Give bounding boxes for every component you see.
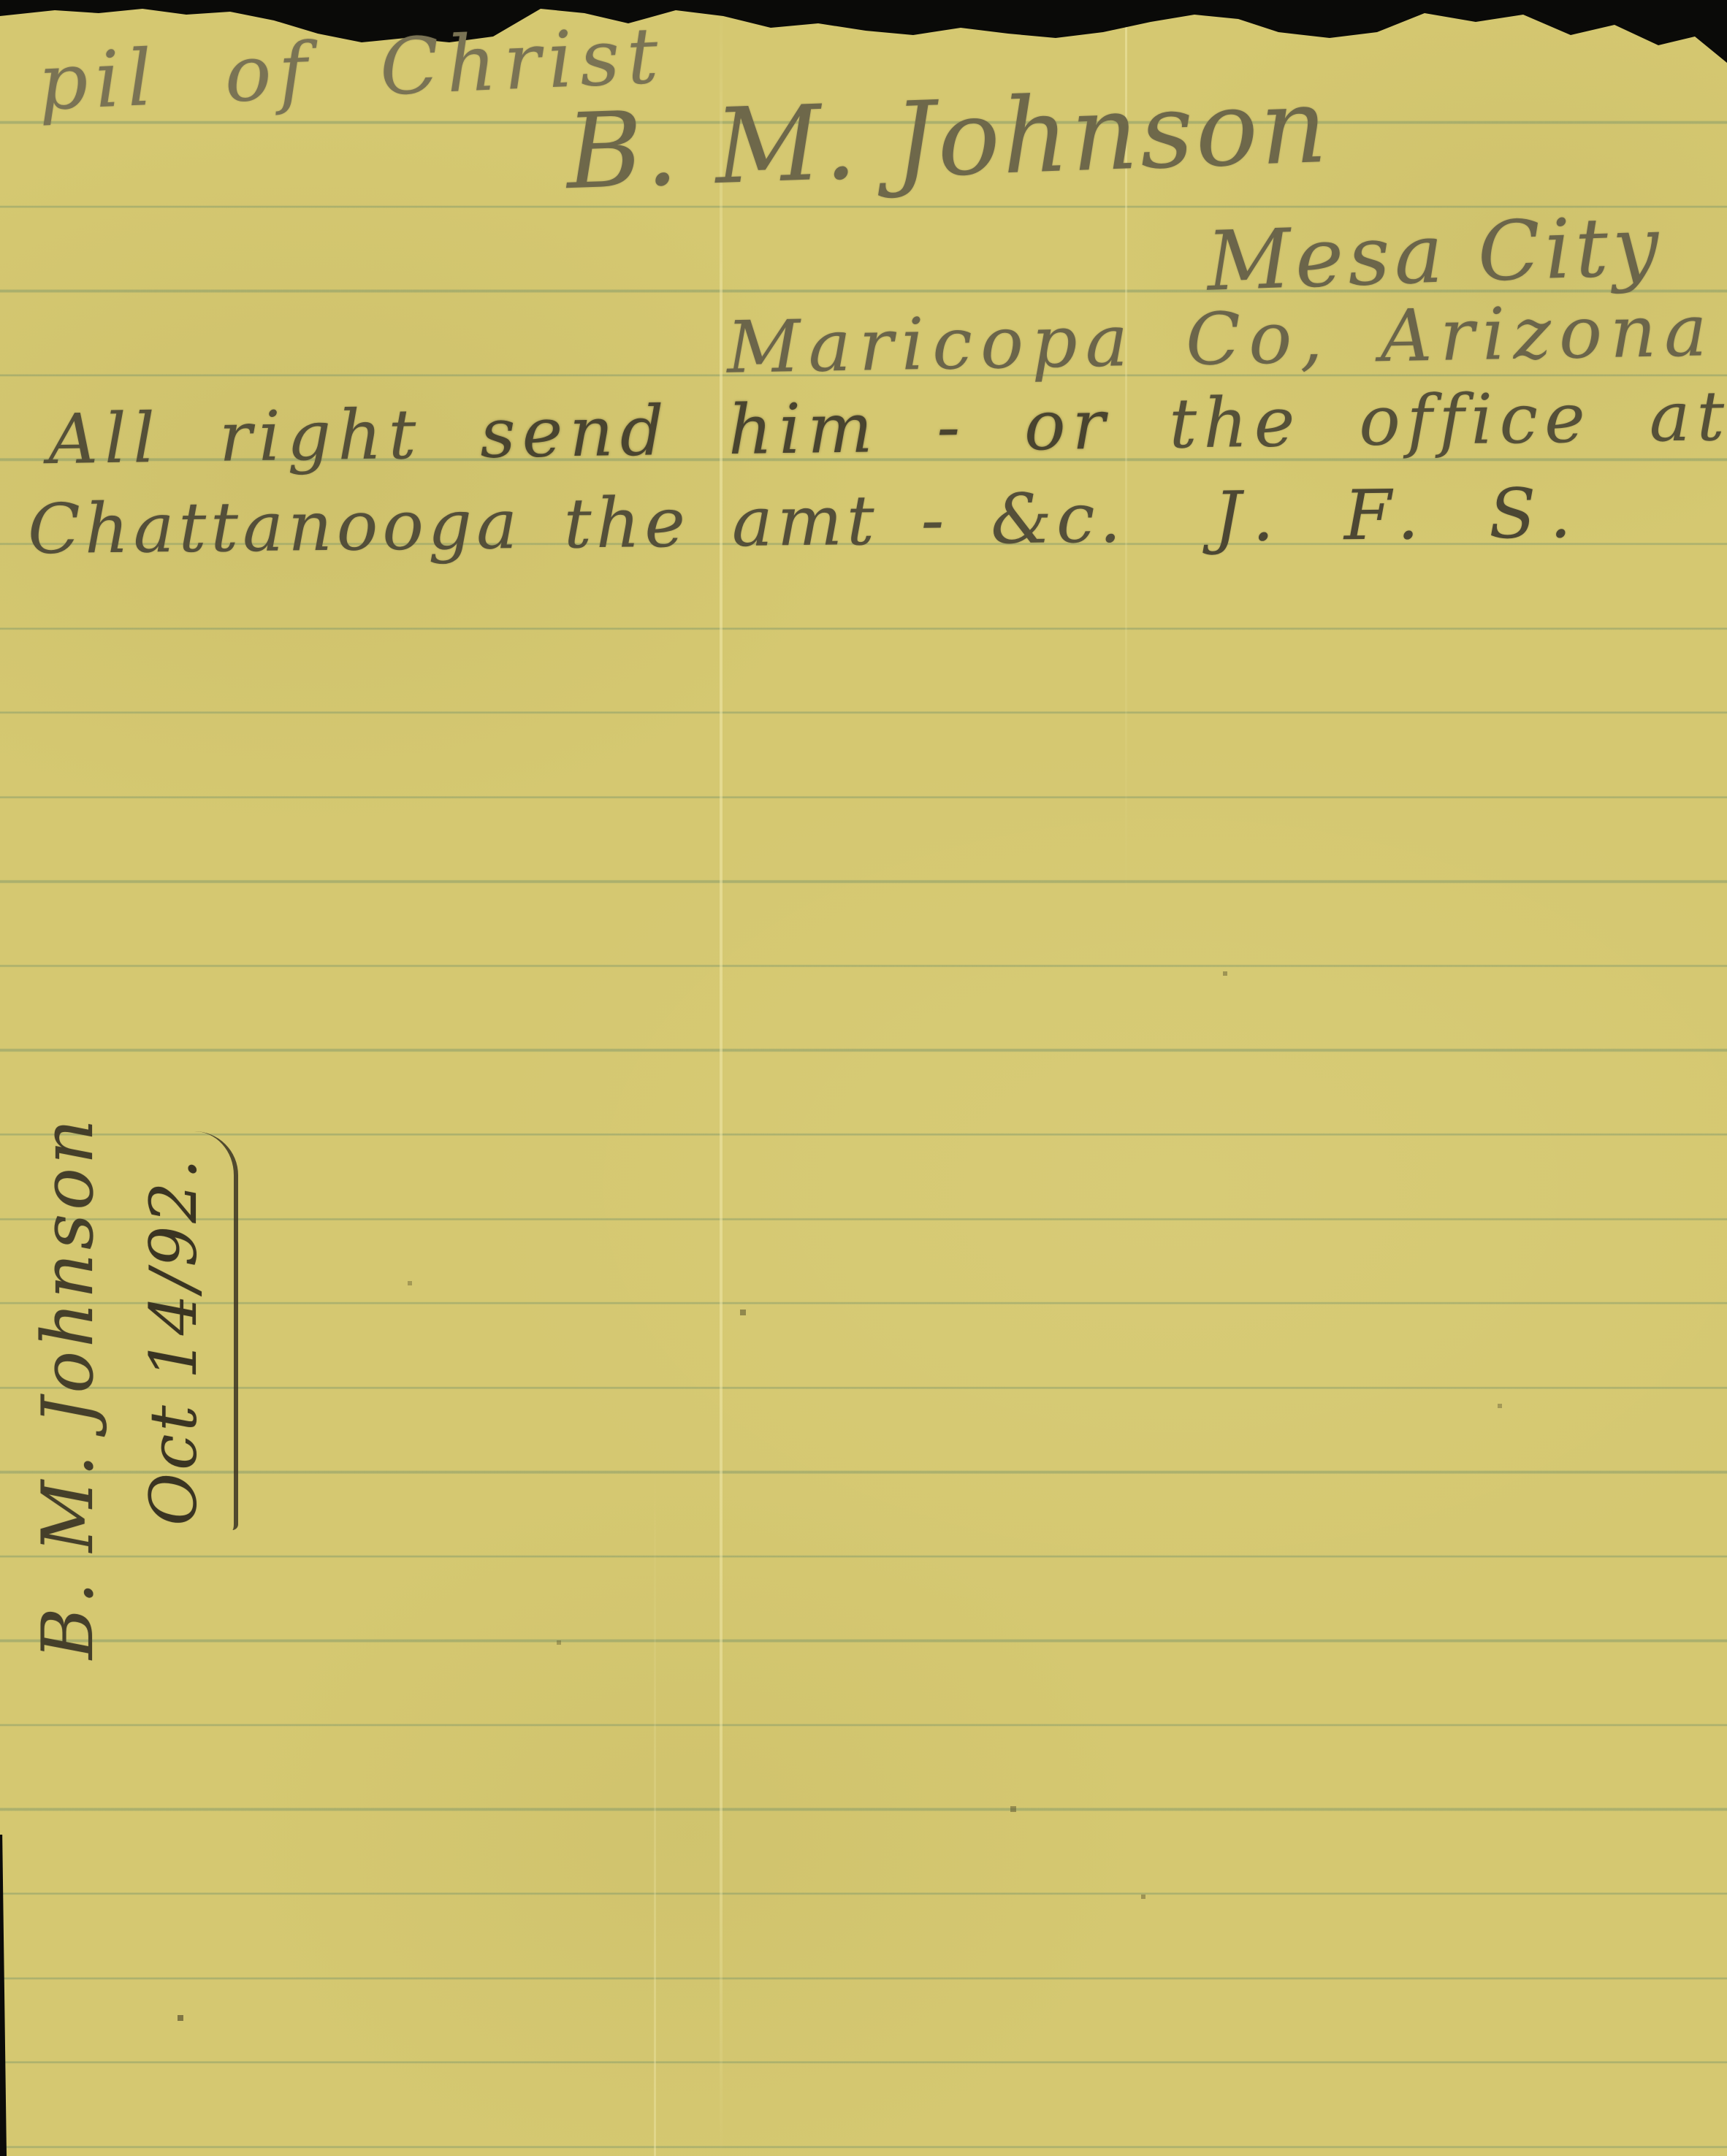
docket-date: Oct 14/92. xyxy=(123,1169,238,1680)
writer-initials: J. F. S. xyxy=(1213,480,1587,552)
vertical-docket: B. M. Johnson Oct 14/92. xyxy=(13,1169,232,1680)
reply-note-segment: Chattanooga the amt - &c. xyxy=(28,484,1126,565)
county-state-line: Maricopa Co, Arizona xyxy=(726,295,1715,384)
docket-date-underlined: Oct 14/92. xyxy=(123,1131,238,1530)
city-line: Mesa City xyxy=(1205,205,1664,303)
reply-note-line-2: Chattanooga the amt - &c. J. F. S. xyxy=(28,480,1588,565)
scanned-letter-page: pil of Christ B. M. Johnson Mesa City Ma… xyxy=(0,0,1727,2156)
addressee-name: B. M. Johnson xyxy=(565,74,1331,204)
docket-name: B. M. Johnson xyxy=(13,1169,123,1680)
reply-note-segment: send him - or xyxy=(480,386,1113,474)
reply-note-segment: All right xyxy=(47,395,423,480)
reply-note-segment: the office at xyxy=(1169,377,1727,465)
